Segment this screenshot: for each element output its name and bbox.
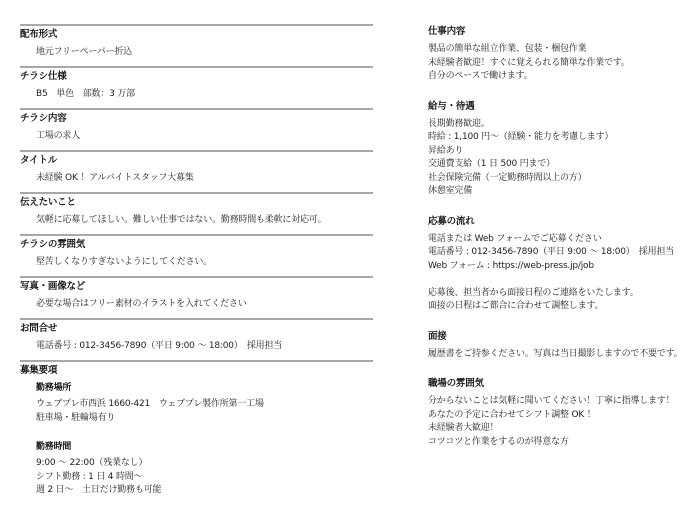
section-heading: チラシ内容	[20, 113, 373, 125]
section-heading: チラシの雰囲気	[20, 239, 373, 251]
block-heading: 職場の雰囲気	[428, 378, 698, 390]
web-form-link[interactable]: Web フォーム : https://web-press.jp/job	[428, 260, 698, 274]
hours-line: 9:00 ～ 22:00（残業なし）	[36, 457, 373, 471]
block-line: 電話または Web フォームでご応募ください	[428, 233, 698, 247]
block-interview: 面接 履歴書をご持参ください。写真は当日撮影しますので不要です。	[428, 331, 698, 362]
section-title: タイトル 未経験 OK ！アルバイトスタッフ大募集	[20, 150, 373, 192]
section-heading: お問合せ	[20, 323, 373, 335]
block-salary: 給与・待遇 長期勤務歓迎。 時給 : 1,100 円～（経験・能力を考慮します）…	[428, 101, 698, 199]
section-body: 地元フリーペーパー折込	[20, 46, 373, 58]
block-line: 休憩室完備	[428, 185, 698, 199]
section-distribution: 配布形式 地元フリーペーパー折込	[20, 24, 373, 66]
block-line: 未経験者大歓迎！	[428, 422, 698, 436]
section-heading: 募集要項	[20, 365, 373, 377]
block-line: 時給 : 1,100 円～（経験・能力を考慮します）	[428, 131, 698, 145]
block-line: 未経験者歓迎！すぐに覚えられる簡単な作業です。	[428, 57, 698, 71]
section-body: 気軽に応募してほしい。難しい仕事ではない。勤務時間も柔軟に対応可。	[20, 214, 373, 226]
section-heading: 写真・画像など	[20, 281, 373, 293]
block-application-flow: 応募の流れ 電話または Web フォームでご応募ください 電話番号 : 012-…	[428, 216, 698, 314]
location-heading: 勤務場所	[20, 382, 373, 394]
block-line: 製品の簡単な組立作業、包装・梱包作業	[428, 43, 698, 57]
section-heading: 伝えたいこと	[20, 197, 373, 209]
block-line: 長期勤務歓迎。	[428, 118, 698, 132]
location-line: 駐車場・駐輪場有り	[36, 412, 373, 426]
block-line: 社会保険完備（一定勤務時間以上の方）	[428, 172, 698, 186]
section-mood: チラシの雰囲気 堅苦しくなりすぎないようにしてください。	[20, 234, 373, 276]
hours-line: 週 2 日～ 土日だけ勤務も可能	[36, 484, 373, 498]
block-line: 履歴書をご持参ください。写真は当日撮影しますので不要です。	[428, 348, 698, 362]
hours-body: 9:00 ～ 22:00（残業なし） シフト勤務 : 1 日 4 時間～ 週 2…	[20, 457, 373, 498]
section-body: 必要な場合はフリー素材のイラストを入れてください	[20, 298, 373, 310]
section-flyer-spec: チラシ仕様 B5 単色 部数：3 万部	[20, 66, 373, 108]
location-line: ウェブプレ市西浜 1660-421 ウェブプレ製作所第一工場	[36, 398, 373, 412]
section-message: 伝えたいこと 気軽に応募してほしい。難しい仕事ではない。勤務時間も柔軟に対応可。	[20, 192, 373, 234]
block-heading: 給与・待遇	[428, 101, 698, 113]
section-heading: タイトル	[20, 155, 373, 167]
block-line: 電話番号 : 012-3456-7890（平日 9:00 ～ 18:00） 採用…	[428, 246, 698, 260]
block-line: 面接の日程はご都合に合わせて調整します。	[428, 300, 698, 314]
block-line: あなたの予定に合わせてシフト調整 OK ！	[428, 409, 698, 423]
section-recruitment: 募集要項 勤務場所 ウェブプレ市西浜 1660-421 ウェブプレ製作所第一工場…	[20, 360, 373, 498]
left-column: 配布形式 地元フリーペーパー折込 チラシ仕様 B5 単色 部数：3 万部 チラシ…	[20, 24, 373, 498]
section-body: 堅苦しくなりすぎないようにしてください。	[20, 256, 373, 268]
section-heading: 配布形式	[20, 29, 373, 41]
section-contact: お問合せ 電話番号 : 012-3456-7890（平日 9:00 ～ 18:0…	[20, 318, 373, 360]
block-line: 自分のペースで働けます。	[428, 70, 698, 84]
block-line: 応募後、担当者から面接日程のご連絡をいたします。	[428, 287, 698, 301]
block-heading: 面接	[428, 331, 698, 343]
section-heading: チラシ仕様	[20, 71, 373, 83]
block-heading: 応募の流れ	[428, 216, 698, 228]
section-body: 未経験 OK ！アルバイトスタッフ大募集	[20, 172, 373, 184]
section-flyer-content: チラシ内容 工場の求人	[20, 108, 373, 150]
block-job-description: 仕事内容 製品の簡単な組立作業、包装・梱包作業 未経験者歓迎！すぐに覚えられる簡…	[428, 26, 698, 84]
block-workplace-atmosphere: 職場の雰囲気 分からないことは気軽に聞いてください！丁寧に指導します！ あなたの…	[428, 378, 698, 449]
hours-line: シフト勤務 : 1 日 4 時間～	[36, 471, 373, 485]
right-column: 仕事内容 製品の簡単な組立作業、包装・梱包作業 未経験者歓迎！すぐに覚えられる簡…	[428, 26, 698, 466]
hours-heading: 勤務時間	[20, 441, 373, 453]
section-body: 工場の求人	[20, 130, 373, 142]
section-body: B5 単色 部数：3 万部	[20, 88, 373, 100]
block-line: コツコツと作業をするのが得意な方	[428, 436, 698, 450]
section-images: 写真・画像など 必要な場合はフリー素材のイラストを入れてください	[20, 276, 373, 318]
location-body: ウェブプレ市西浜 1660-421 ウェブプレ製作所第一工場 駐車場・駐輪場有り	[20, 398, 373, 425]
block-line: 交通費支給（1 日 500 円まで）	[428, 158, 698, 172]
block-heading: 仕事内容	[428, 26, 698, 38]
block-line: 昇給あり	[428, 145, 698, 159]
section-body: 電話番号 : 012-3456-7890（平日 9:00 ～ 18:00） 採用…	[20, 340, 373, 352]
block-line: 分からないことは気軽に聞いてください！丁寧に指導します！	[428, 395, 698, 409]
